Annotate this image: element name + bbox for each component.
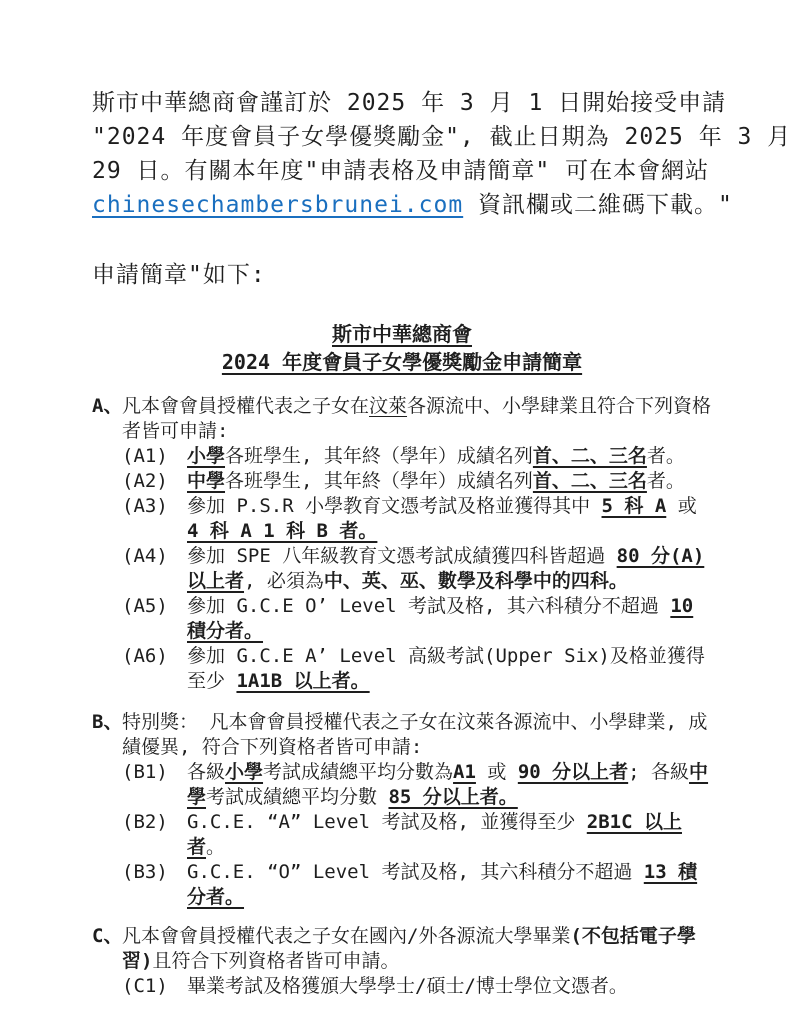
text-segment: 4 科 A 1 科 B 者。 xyxy=(187,520,377,542)
text-segment: 中、英、巫、數學及科學中的四科。 xyxy=(324,570,628,592)
section-a: A、 凡本會會員授權代表之子女在汶萊各源流中、小學肆業且符合下列資格者皆可申請:… xyxy=(92,394,712,694)
intro-line-2: "2024 年度會員子女學優獎勵金", 截止日期為 2025 年 3 月 xyxy=(92,120,712,154)
text-segment: 者。 xyxy=(647,470,685,492)
text-segment: A1 xyxy=(453,761,476,783)
text-segment: 85 分以上者。 xyxy=(388,786,517,808)
text-segment: 1A1B 以上者。 xyxy=(236,670,369,692)
item-a6: (A6) 參加 G.C.E A’ Level 高級考試(Upper Six)及格… xyxy=(122,644,712,694)
item-a1: (A1) 小學各班學生, 其年終（學年）成績名列首、二、三名者。 xyxy=(122,444,712,469)
section-a-intro: 凡本會會員授權代表之子女在汶萊各源流中、小學肆業且符合下列資格者皆可申請: xyxy=(122,394,712,444)
website-link[interactable]: chinesechambersbrunei.com xyxy=(92,192,463,218)
item-a3-label: (A3) xyxy=(122,494,187,544)
text-segment: 考試成績總平均分數 xyxy=(206,786,388,808)
text-segment: 者。 xyxy=(647,445,685,467)
text-segment: 小學 xyxy=(187,445,225,467)
item-a2: (A2) 中學各班學生, 其年終（學年）成績名列首、二、三名者。 xyxy=(122,469,712,494)
section-c-intro: 凡本會會員授權代表之子女在國內/外各源流大學畢業(不包括電子學習)且符合下列資格… xyxy=(122,924,712,974)
item-a6-label: (A6) xyxy=(122,644,187,694)
intro-line-4-tail: 資訊欄或二維碼下載。" xyxy=(463,192,733,218)
text-segment: 5 科 A xyxy=(602,495,667,517)
doc-title: 斯市中華總商會 2024 年度會員子女學優獎勵金申請簡章 xyxy=(92,320,712,376)
item-b1: (B1) 各級小學考試成績總平均分數為A1 或 90 分以上者; 各級中學考試成… xyxy=(122,760,712,810)
text-segment: , 必須為 xyxy=(244,570,324,592)
item-a5: (A5) 參加 G.C.E O’ Level 考試及格, 其六科積分不超過 10… xyxy=(122,594,712,644)
item-a4: (A4) 參加 SPE 八年級教育文憑考試成績獲四科皆超過 80 分(A) 以上… xyxy=(122,544,712,594)
text-segment: 凡本會會員授權代表之子女在 xyxy=(122,395,369,417)
section-b: B、 特別獎： 凡本會會員授權代表之子女在汶萊各源流中、小學肆業, 成績優異, … xyxy=(92,710,712,910)
item-a2-label: (A2) xyxy=(122,469,187,494)
text-segment: G.C.E. “A” Level 考試及格, 並獲得至少 xyxy=(187,811,587,833)
item-a5-label: (A5) xyxy=(122,594,187,644)
text-segment: 90 分以上者 xyxy=(518,761,628,783)
item-b2-label: (B2) xyxy=(122,810,187,860)
text-segment: 參加 P.S.R 小學教育文憑考試及格並獲得其中 xyxy=(187,495,602,517)
text-segment: 凡本會會員授權代表之子女在國內/外各源流大學畢業 xyxy=(122,925,570,947)
item-b1-label: (B1) xyxy=(122,760,187,810)
text-segment: 且符合下列資格者皆可申請。 xyxy=(152,950,399,972)
doc-title-line-1: 斯市中華總商會 xyxy=(332,322,472,346)
text-segment: 各級 xyxy=(187,761,225,783)
intro-line-3: 29 日。有關本年度"申請表格及申請簡章" 可在本會網站 xyxy=(92,154,712,188)
item-c1: (C1) 畢業考試及格獲頒大學學士/碩士/博士學位文憑者。 xyxy=(122,974,712,999)
section-c-letter: C、 xyxy=(92,924,122,999)
text-segment: G.C.E. “O” Level 考試及格, 其六科積分不超過 xyxy=(187,861,644,883)
section-c: C、 凡本會會員授權代表之子女在國內/外各源流大學畢業(不包括電子學習)且符合下… xyxy=(92,924,712,999)
intro-line-1: 斯市中華總商會謹訂於 2025 年 3 月 1 日開始接受申請 xyxy=(92,86,712,120)
text-segment: 畢業考試及格獲頒大學學士/碩士/博士學位文憑者。 xyxy=(187,975,628,997)
text-segment: ; 各級 xyxy=(628,761,689,783)
text-segment: 參加 G.C.E O’ Level 考試及格, 其六科積分不超過 xyxy=(187,595,670,617)
document-page: 斯市中華總商會謹訂於 2025 年 3 月 1 日開始接受申請 "2024 年度… xyxy=(0,0,791,1024)
text-segment: 或 xyxy=(666,495,696,517)
guidelines-note: 申請簡章"如下: xyxy=(92,258,712,292)
doc-title-line-2: 2024 年度會員子女學優獎勵金申請簡章 xyxy=(222,350,582,374)
text-segment: 中學 xyxy=(187,470,225,492)
item-a1-label: (A1) xyxy=(122,444,187,469)
text-segment: 各班學生, 其年終（學年）成績名列 xyxy=(225,445,533,467)
text-segment: 小學 xyxy=(225,761,263,783)
section-b-intro: 特別獎： 凡本會會員授權代表之子女在汶萊各源流中、小學肆業, 成績優異, 符合下… xyxy=(122,710,712,760)
item-c1-label: (C1) xyxy=(122,974,187,999)
item-a3: (A3) 參加 P.S.R 小學教育文憑考試及格並獲得其中 5 科 A 或 4 … xyxy=(122,494,712,544)
text-segment: 考試成績總平均分數為 xyxy=(263,761,453,783)
section-b-letter: B、 xyxy=(92,710,122,910)
text-segment: 或 xyxy=(476,761,518,783)
text-segment: 特別獎： 凡本會會員授權代表之子女在汶萊各源流中、小學肆業, 成績優異, 符合下… xyxy=(122,711,707,758)
text-segment: 首、二、三名 xyxy=(533,445,647,467)
text-segment: 參加 SPE 八年級教育文憑考試成績獲四科皆超過 xyxy=(187,545,617,567)
text-segment: 首、二、三名 xyxy=(533,470,647,492)
text-segment: 。 xyxy=(206,836,225,858)
intro-line-4: chinesechambersbrunei.com 資訊欄或二維碼下載。" xyxy=(92,188,712,222)
item-b2: (B2) G.C.E. “A” Level 考試及格, 並獲得至少 2B1C 以… xyxy=(122,810,712,860)
text-segment: 各班學生, 其年終（學年）成績名列 xyxy=(225,470,533,492)
item-a4-label: (A4) xyxy=(122,544,187,594)
item-b3: (B3) G.C.E. “O” Level 考試及格, 其六科積分不超過 13 … xyxy=(122,860,712,910)
section-a-letter: A、 xyxy=(92,394,122,694)
intro-paragraph: 斯市中華總商會謹訂於 2025 年 3 月 1 日開始接受申請 "2024 年度… xyxy=(92,86,712,222)
item-b3-label: (B3) xyxy=(122,860,187,910)
text-segment: 汶萊 xyxy=(369,395,407,417)
